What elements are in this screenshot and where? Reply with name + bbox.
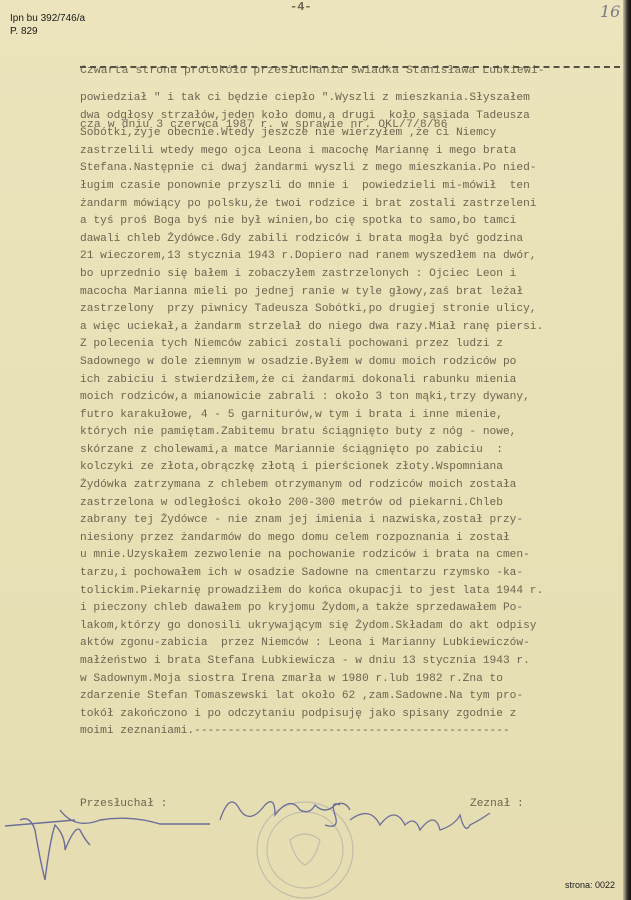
body-line: których nie pamiętam.Zabitemu bratu ścią…	[80, 424, 625, 442]
testimony-body: powiedział " i tak ci będzie ciepło ".Wy…	[80, 90, 625, 741]
body-line: skórzane z cholewami,a matce Mariannie ś…	[80, 442, 625, 460]
body-line: zastrzelony przy piwnicy Tadeusza Sobótk…	[80, 301, 625, 319]
dashed-divider	[80, 66, 620, 71]
body-line: zdarzenie Stefan Tomaszewski lat około 6…	[80, 688, 625, 706]
witness-label: Zeznał :	[470, 798, 524, 810]
body-line: żandarm mówiący po polsku,że twoi rodzic…	[80, 196, 625, 214]
body-line: zastrzelili wtedy mego ojca Leona i maco…	[80, 143, 625, 161]
body-line: ich zabiciu i stwierdziłem,że ci żandarm…	[80, 372, 625, 390]
official-stamp	[257, 802, 353, 898]
archive-reference-line1: Ipn bu 392/746/a	[10, 12, 85, 25]
document-page: Ipn bu 392/746/a P. 829 -4- 16 Czwarta s…	[0, 0, 623, 900]
body-line: aktów zgonu-zabicia przez Niemców : Leon…	[80, 635, 625, 653]
handwritten-page-number: 16	[600, 2, 620, 21]
interrogator-signature	[5, 810, 210, 880]
body-line: Z polecenia tych Niemców zabici zostali …	[80, 336, 625, 354]
body-line: dawali chleb Żydówce.Gdy zabili rodziców…	[80, 231, 625, 249]
body-line: Sadownego w dole ziemnym w osadzie.Byłem…	[80, 354, 625, 372]
body-line: moich rodziców,a mianowicie zabrali : ok…	[80, 389, 625, 407]
body-line: ługim czasie ponownie przyszli do mnie i…	[80, 178, 625, 196]
page-marker: -4-	[290, 0, 312, 14]
body-line: w Sadownym.Moja siostra Irena zmarła w 1…	[80, 671, 625, 689]
body-line: futro karakułowe, 4 - 5 garniturów,w tym…	[80, 407, 625, 425]
header-line: Czwarta strona protokółu przesłuchania ś…	[80, 62, 625, 80]
archive-reference: Ipn bu 392/746/a P. 829	[10, 12, 85, 38]
body-line: zastrzelona w odległości około 200-300 m…	[80, 495, 625, 513]
archive-reference-line2: P. 829	[10, 25, 85, 38]
body-line: powiedział " i tak ci będzie ciepło ".Wy…	[80, 90, 625, 108]
body-line: bo uprzednio się bałem i zobaczyłem zast…	[80, 266, 625, 284]
page-footer: strona: 0022	[565, 880, 615, 890]
body-line: u mnie.Uzyskałem zezwolenie na pochowani…	[80, 547, 625, 565]
body-line: moimi zeznaniami.-----------------------…	[80, 723, 625, 741]
body-line: Stefana.Następnie ci dwaj żandarmi wyszl…	[80, 160, 625, 178]
body-line: tolickim.Piekarnię prowadziłem do końca …	[80, 583, 625, 601]
body-line: kolczyki ze złota,obrączkę złotą i pierś…	[80, 459, 625, 477]
body-line: niesiony przez żandarmów do mego domu ce…	[80, 530, 625, 548]
body-line: a tyś proś Boga byś nie był winien,bo ci…	[80, 213, 625, 231]
body-line: zabrany tej Żydówce - nie znam jej imien…	[80, 512, 625, 530]
body-line: macocha Marianna mieli po jednej ranie w…	[80, 284, 625, 302]
body-line: 21 wieczorem,13 stycznia 1943 r.Dopiero …	[80, 248, 625, 266]
body-line: dwa odgłosy strzałów,jeden koło domu,a d…	[80, 108, 625, 126]
witness-signature	[220, 802, 490, 830]
body-line: Sobótki,żyje obecnie.Wtedy jeszcze nie w…	[80, 125, 625, 143]
body-line: lakom,którzy go donosili ukrywającym się…	[80, 618, 625, 636]
body-line: tokół zakończono i po odczytaniu podpisu…	[80, 706, 625, 724]
body-line: tarzu,i pochowałem ich w osadzie Sadowne…	[80, 565, 625, 583]
body-line: a więc uciekał,a żandarm strzelał do nie…	[80, 319, 625, 337]
interrogator-label: Przesłuchał :	[80, 798, 167, 810]
body-line: i pieczony chleb dawałem po kryjomu Żydo…	[80, 600, 625, 618]
scan-edge	[623, 0, 631, 900]
body-line: Żydówka zatrzymana z chlebem otrzymanym …	[80, 477, 625, 495]
body-line: małżeństwo i brata Stefana Lubkiewicza -…	[80, 653, 625, 671]
